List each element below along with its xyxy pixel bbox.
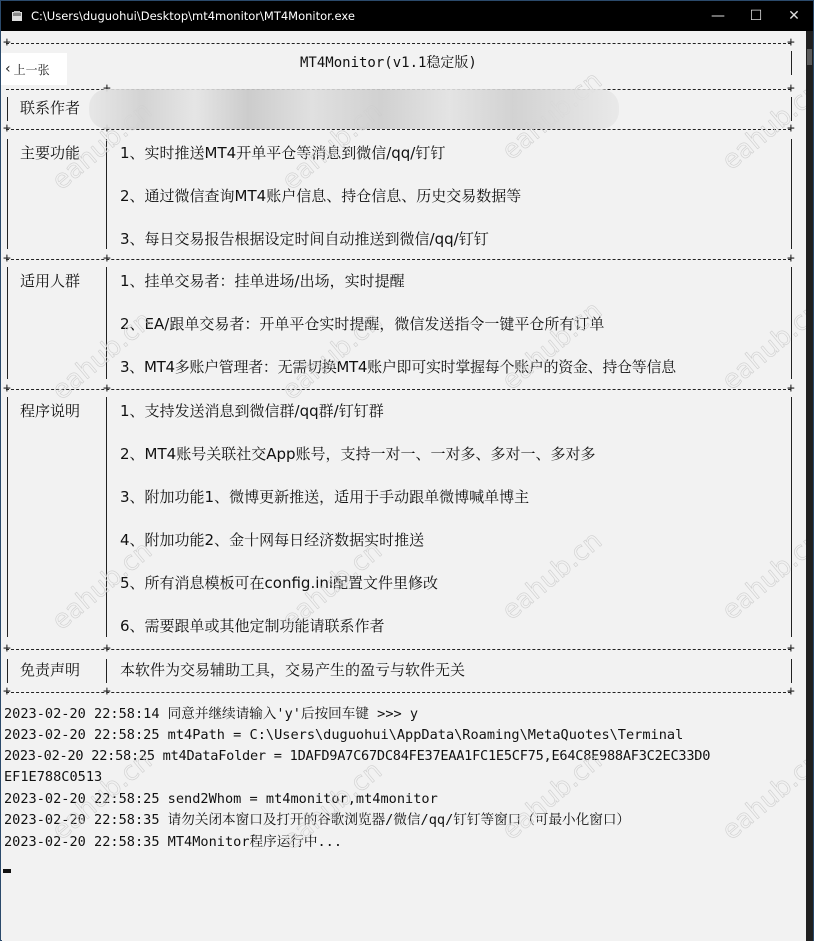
section-item: 4、附加功能2、金十网每日经济数据实时推送 — [120, 530, 424, 550]
table-border — [106, 139, 107, 249]
table-border — [7, 397, 8, 637]
table-border — [791, 267, 792, 379]
corner-plus: + — [787, 643, 795, 655]
log-line: 2023-02-20 22:58:14 同意并继续请输入'y'后按回车键 >>>… — [4, 704, 418, 724]
corner-plus: + — [787, 383, 795, 395]
section-item: 3、MT4多账户管理者：无需切换MT4账户即可实时掌握每个账户的资金、持仓等信息 — [120, 357, 676, 377]
watermark: eahub.cn — [496, 296, 608, 396]
corner-plus: + — [787, 37, 795, 49]
close-button[interactable]: ✕ — [775, 1, 813, 31]
chevron-left-icon: ‹ — [5, 61, 11, 77]
console-output[interactable]: + + MT4Monitor(v1.1稳定版) + + 联系作者 + + + 主… — [2, 31, 808, 941]
console-window: C:\Users\duguohui\Desktop\mt4monitor\MT4… — [0, 0, 814, 941]
table-border — [6, 259, 791, 260]
corner-plus: + — [3, 253, 11, 265]
table-border — [6, 692, 791, 693]
log-line: 2023-02-20 22:58:35 MT4Monitor程序运行中... — [4, 832, 342, 852]
redacted-contact-info — [89, 89, 619, 129]
previous-label: 上一张 — [14, 61, 50, 78]
minimize-button[interactable]: — — [699, 1, 737, 31]
section-item: 1、支持发送消息到微信群/qq群/钉钉群 — [120, 401, 384, 421]
table-border — [6, 389, 791, 390]
section-item: 3、附加功能1、微博更新推送，适用于手动跟单微博喊单博主 — [120, 487, 529, 507]
vertical-scrollbar[interactable] — [806, 31, 813, 941]
table-border — [7, 659, 8, 683]
watermark: eahub.cn — [496, 526, 608, 626]
corner-plus: + — [103, 643, 111, 655]
section-item: 1、实时推送MT4开单平仓等消息到微信/qq/钉钉 — [120, 143, 445, 163]
log-line: EF1E788C0513 — [4, 767, 102, 787]
window-title: C:\Users\duguohui\Desktop\mt4monitor\MT4… — [31, 9, 699, 23]
table-border — [6, 649, 791, 650]
table-border — [7, 139, 8, 249]
log-line: 2023-02-20 22:58:25 mt4Path = C:\Users\d… — [4, 725, 683, 745]
section-item: 2、通过微信查询MT4账户信息、持仓信息、历史交易数据等 — [120, 186, 521, 206]
watermark: eahub.cn — [716, 746, 808, 846]
section-item: 2、EA/跟单交易者：开单平仓实时提醒，微信发送指令一键平仓所有订单 — [120, 314, 604, 334]
corner-plus: + — [3, 686, 11, 698]
app-icon — [9, 8, 25, 24]
corner-plus: + — [3, 643, 11, 655]
table-border — [6, 43, 791, 44]
corner-plus: + — [3, 123, 11, 135]
log-line: 2023-02-20 22:58:25 mt4DataFolder = 1DAF… — [4, 746, 710, 766]
table-border — [791, 97, 792, 121]
section-label: 主要功能 — [20, 143, 80, 163]
section-item: 1、挂单交易者：挂单进场/出场，实时提醒 — [120, 271, 405, 291]
table-border — [106, 397, 107, 637]
section-item: 本软件为交易辅助工具，交易产生的盈亏与软件无关 — [120, 660, 465, 680]
section-item: 3、每日交易报告根据设定时间自动推送到微信/qq/钉钉 — [120, 229, 489, 249]
table-border — [106, 659, 107, 683]
corner-plus: + — [787, 253, 795, 265]
section-label: 免责声明 — [20, 660, 80, 680]
corner-plus: + — [787, 686, 795, 698]
table-border — [7, 267, 8, 379]
banner-title: MT4Monitor(v1.1稳定版) — [300, 53, 477, 73]
corner-plus: + — [787, 123, 795, 135]
log-line: 2023-02-20 22:58:25 send2Whom = mt4monit… — [4, 789, 438, 809]
previous-image-button[interactable]: ‹ 上一张 — [1, 53, 67, 85]
corner-plus: + — [3, 383, 11, 395]
section-label: 适用人群 — [20, 271, 80, 291]
corner-plus: + — [103, 383, 111, 395]
section-item: 6、需要跟单或其他定制功能请联系作者 — [120, 616, 385, 636]
table-border — [791, 139, 792, 249]
maximize-button[interactable]: ☐ — [737, 1, 775, 31]
table-border — [6, 129, 791, 130]
title-bar[interactable]: C:\Users\duguohui\Desktop\mt4monitor\MT4… — [1, 1, 813, 31]
section-item: 2、MT4账号关联社交App账号，支持一对一、一对多、多对一、多对多 — [120, 444, 596, 464]
section-item: 5、所有消息模板可在config.ini配置文件里修改 — [120, 573, 438, 593]
corner-plus: + — [103, 686, 111, 698]
table-border — [791, 397, 792, 637]
corner-plus: + — [787, 83, 795, 95]
contact-label: 联系作者 — [20, 98, 80, 118]
watermark: eahub.cn — [716, 526, 808, 626]
table-border — [791, 659, 792, 683]
table-border — [791, 51, 792, 75]
scrollbar-thumb[interactable] — [807, 49, 812, 65]
table-border — [106, 267, 107, 379]
text-cursor — [3, 869, 11, 873]
corner-plus: + — [3, 37, 11, 49]
table-border — [7, 97, 8, 121]
corner-plus: + — [103, 253, 111, 265]
log-line: 2023-02-20 22:58:35 请勿关闭本窗口及打开的谷歌浏览器/微信/… — [4, 810, 630, 830]
section-label: 程序说明 — [20, 401, 80, 421]
